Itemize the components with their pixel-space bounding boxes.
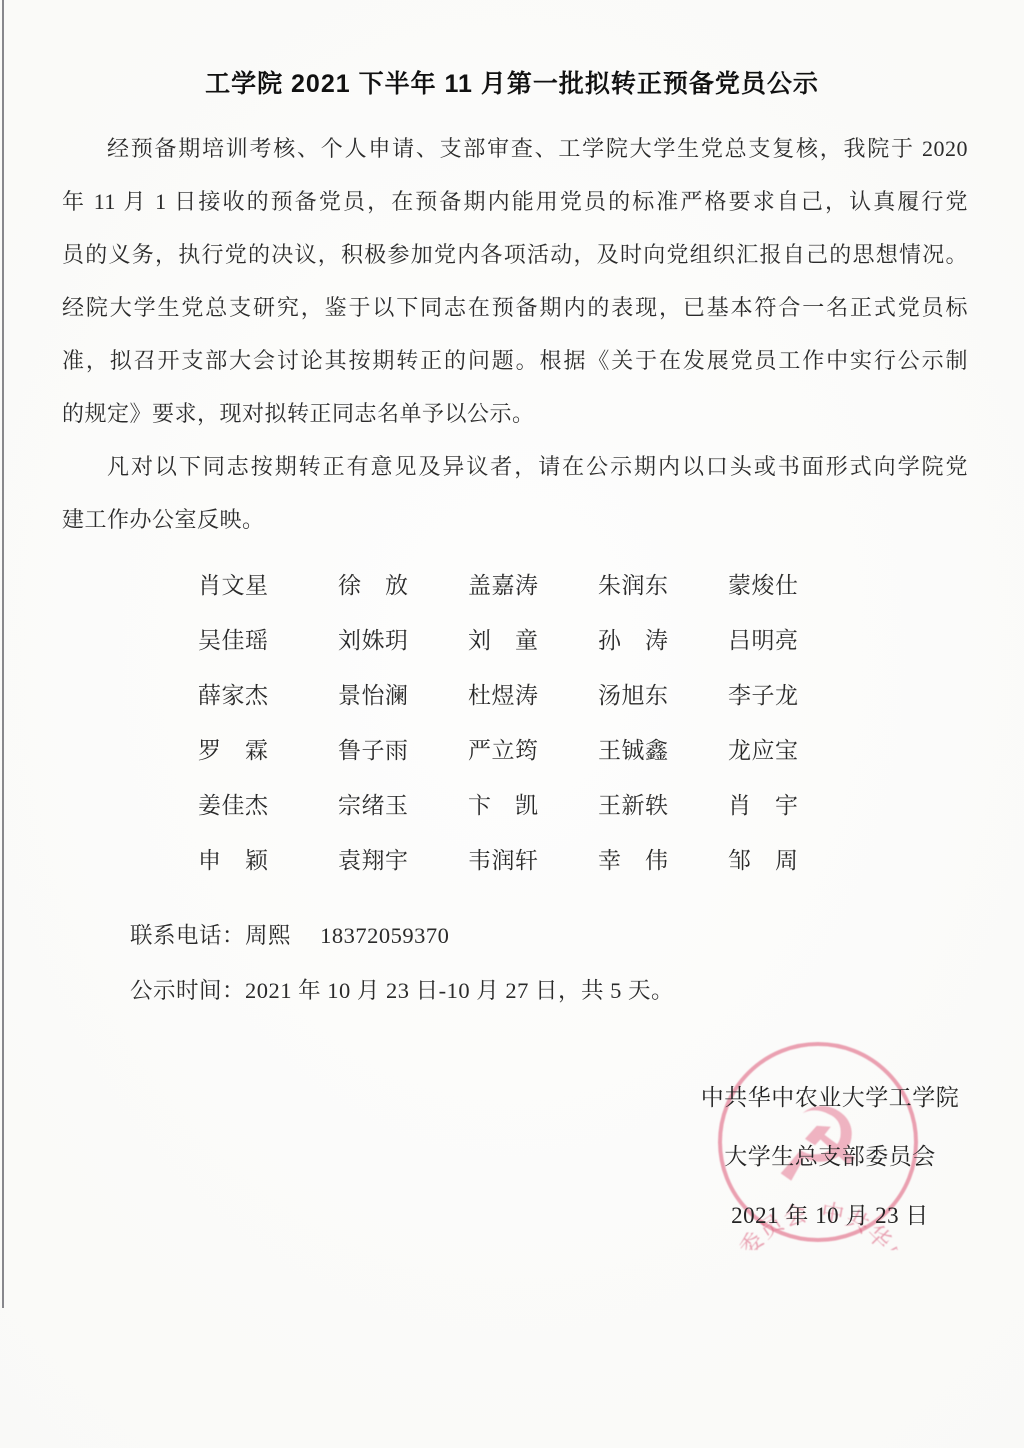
contact-phone-line: 联系电话：周熙 18372059370 bbox=[130, 908, 674, 963]
candidate-name: 肖文星 bbox=[198, 558, 338, 613]
notice-period-line: 公示时间：2021 年 10 月 23 日-10 月 27 日，共 5 天。 bbox=[130, 963, 674, 1018]
paragraph-line: 凡对以下同志按期转正有意见及异议者，请在公示期内以口头或书面形式向学院党 bbox=[62, 440, 968, 493]
candidate-name: 徐 放 bbox=[338, 558, 468, 613]
signature-org-line-2: 大学生总支部委员会 bbox=[655, 1127, 1005, 1186]
signature-org-line-1: 中共华中农业大学工学院 bbox=[655, 1068, 1005, 1127]
candidate-name: 邹 周 bbox=[728, 833, 818, 888]
candidate-name: 韦润轩 bbox=[468, 833, 598, 888]
candidate-name-grid: 肖文星 徐 放 盖嘉涛 朱润东 蒙焌仕 吴佳瑶 刘姝玥 刘 童 孙 涛 吕明亮 … bbox=[198, 558, 818, 888]
paragraph-line: 经预备期培训考核、个人申请、支部审查、工学院大学生党总支复核，我院于 2020 bbox=[62, 122, 968, 175]
candidate-name: 肖 宇 bbox=[728, 778, 818, 833]
paragraph-2: 凡对以下同志按期转正有意见及异议者，请在公示期内以口头或书面形式向学院党 建工作… bbox=[62, 440, 968, 546]
paragraph-line: 的规定》要求，现对拟转正同志名单予以公示。 bbox=[62, 387, 968, 440]
candidate-name: 王新轶 bbox=[598, 778, 728, 833]
document-title: 工学院 2021 下半年 11 月第一批拟转正预备党员公示 bbox=[0, 64, 1024, 100]
signature-date: 2021 年 10 月 23 日 bbox=[655, 1186, 1005, 1245]
candidate-name: 宗绪玉 bbox=[338, 778, 468, 833]
paragraph-1: 经预备期培训考核、个人申请、支部审查、工学院大学生党总支复核，我院于 2020 … bbox=[62, 122, 968, 440]
candidate-name: 刘 童 bbox=[468, 613, 598, 668]
candidate-name: 申 颖 bbox=[198, 833, 338, 888]
signature-block: 中共华中农业大学工学院 大学生总支部委员会 2021 年 10 月 23 日 bbox=[655, 1068, 1005, 1245]
candidate-name: 严立筠 bbox=[468, 723, 598, 778]
paragraph-line: 准，拟召开支部大会讨论其按期转正的问题。根据《关于在发展党员工作中实行公示制 bbox=[62, 334, 968, 387]
candidate-name: 卞 凯 bbox=[468, 778, 598, 833]
candidate-name: 刘姝玥 bbox=[338, 613, 468, 668]
paragraph-line: 员的义务，执行党的决议，积极参加党内各项活动，及时向党组织汇报自己的思想情况。 bbox=[62, 228, 968, 281]
candidate-name: 幸 伟 bbox=[598, 833, 728, 888]
candidate-name: 蒙焌仕 bbox=[728, 558, 818, 613]
candidate-name: 姜佳杰 bbox=[198, 778, 338, 833]
candidate-name: 汤旭东 bbox=[598, 668, 728, 723]
candidate-name: 朱润东 bbox=[598, 558, 728, 613]
candidate-name: 鲁子雨 bbox=[338, 723, 468, 778]
candidate-name: 李子龙 bbox=[728, 668, 818, 723]
candidate-name: 龙应宝 bbox=[728, 723, 818, 778]
contact-block: 联系电话：周熙 18372059370 公示时间：2021 年 10 月 23 … bbox=[130, 908, 674, 1018]
candidate-name: 王铖鑫 bbox=[598, 723, 728, 778]
candidate-name: 罗 霖 bbox=[198, 723, 338, 778]
candidate-name: 景怡澜 bbox=[338, 668, 468, 723]
candidate-name: 袁翔宇 bbox=[338, 833, 468, 888]
scanner-edge-artifact bbox=[2, 0, 4, 1308]
candidate-name: 吴佳瑶 bbox=[198, 613, 338, 668]
candidate-name: 盖嘉涛 bbox=[468, 558, 598, 613]
candidate-name: 孙 涛 bbox=[598, 613, 728, 668]
paragraph-line: 建工作办公室反映。 bbox=[62, 493, 968, 546]
candidate-name: 吕明亮 bbox=[728, 613, 818, 668]
candidate-name: 杜煜涛 bbox=[468, 668, 598, 723]
candidate-name: 薛家杰 bbox=[198, 668, 338, 723]
paragraph-line: 经院大学生党总支研究，鉴于以下同志在预备期内的表现，已基本符合一名正式党员标 bbox=[62, 281, 968, 334]
paragraph-line: 年 11 月 1 日接收的预备党员，在预备期内能用党员的标准严格要求自己，认真履… bbox=[62, 175, 968, 228]
